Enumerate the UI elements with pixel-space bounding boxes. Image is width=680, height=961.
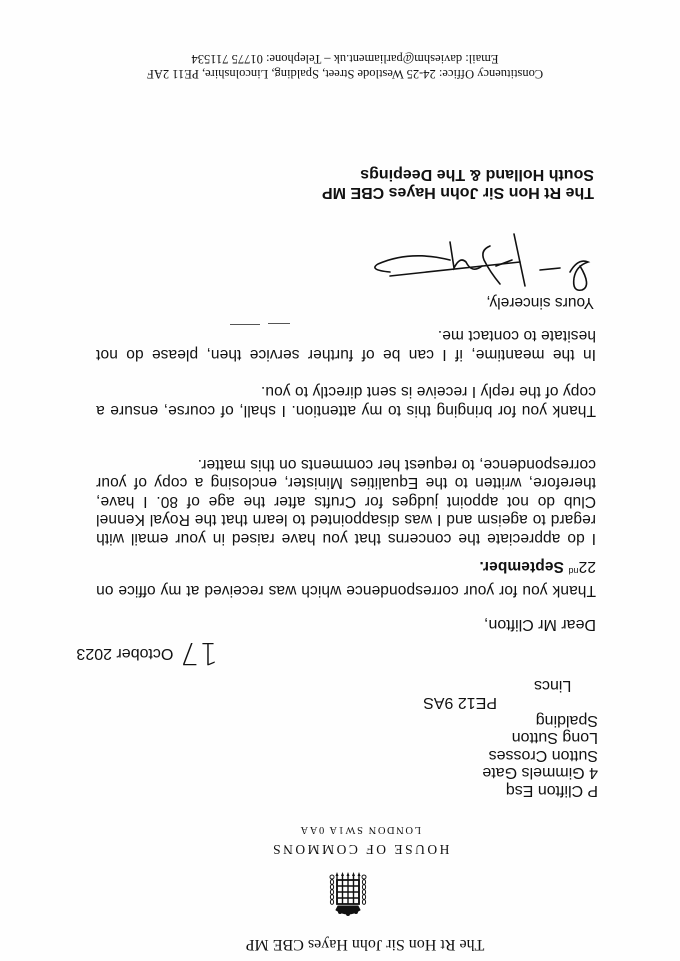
address-county: Lincs — [534, 677, 571, 694]
address-line: Long Sutton — [482, 729, 598, 747]
paragraph-text: September. — [479, 558, 568, 575]
footer-office-address: Constituency Office: 24-25 Westlode Stre… — [0, 66, 680, 81]
divider — [230, 324, 260, 325]
address-line: Sutton Crosses — [482, 747, 598, 765]
date-day-handwritten: 17 — [180, 635, 218, 670]
recipient-address: P Clifton Esq 4 Gimmels Gate Sutton Cros… — [482, 642, 598, 800]
address-line: Spalding — [482, 712, 598, 730]
ordinal-suffix: nd — [568, 567, 578, 577]
body-paragraph-3: Thank you for bringing this to my attent… — [96, 382, 596, 419]
portcullis-icon — [322, 865, 374, 917]
body-paragraph-1: Thank you for your correspondence which … — [96, 557, 596, 599]
address-line: 4 Gimmels Gate — [482, 764, 598, 782]
body-paragraph-4: In the meantime, if I can be of further … — [96, 326, 596, 363]
letterhead-name: The Rt Hon Sir John Hayes CBE MP — [50, 935, 680, 953]
house-of-commons: HOUSE OF COMMONS — [40, 841, 680, 857]
recipient-name: P Clifton Esq — [482, 782, 598, 800]
body-paragraph-2: I do appreciate the concerns that you ha… — [96, 455, 596, 548]
letter-page: The Rt Hon Sir John Hayes CBE MP — [0, 0, 680, 961]
letter-date: 17 October 2023 — [76, 641, 218, 676]
signatory-name: The Rt Hon Sir John Hayes CBE MP — [322, 183, 594, 201]
signatory-constituency: South Holland & The Deepings — [360, 165, 594, 183]
signature — [360, 216, 600, 296]
salutation: Dear Mr Clifton, — [484, 615, 596, 633]
date-month-year: October 2023 — [76, 645, 173, 662]
house-address: LONDON SW1A 0AA — [40, 824, 680, 835]
divider — [268, 323, 290, 324]
address-postcode: PE12 9AS — [423, 694, 497, 712]
footer-contact: Email: davieshm@parliament.uk – Telephon… — [0, 51, 680, 66]
